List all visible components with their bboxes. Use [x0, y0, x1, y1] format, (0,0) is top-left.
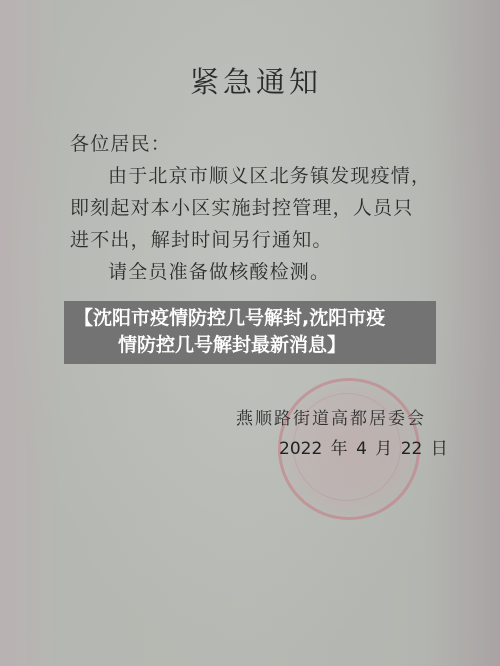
- paragraph-line-3: 进不出，解封时间另行通知。: [70, 224, 440, 256]
- notice-title: 紧急通知: [190, 60, 330, 101]
- notice-date: 2022 年 4 月 22 日: [279, 434, 448, 459]
- caption-banner: 【沈阳市疫情防控几号解封,沈阳市疫 情防控几号解封最新消息】: [64, 301, 436, 364]
- paragraph-line-2: 即刻起对本小区实施封控管理，人员只: [70, 192, 440, 224]
- signature: 燕顺路街道高都居委会: [236, 404, 426, 429]
- salutation: 各位居民：: [70, 128, 440, 160]
- notice-body: 各位居民： 由于北京市顺义区北务镇发现疫情， 即刻起对本小区实施封控管理，人员只…: [70, 128, 440, 288]
- banner-line-1: 【沈阳市疫情防控几号解封,沈阳市疫: [74, 305, 428, 332]
- banner-line-2: 情防控几号解封最新消息】: [74, 332, 428, 359]
- paragraph-line-4: 请全员准备做核酸检测。: [70, 256, 440, 288]
- paragraph-line-1: 由于北京市顺义区北务镇发现疫情，: [70, 160, 440, 192]
